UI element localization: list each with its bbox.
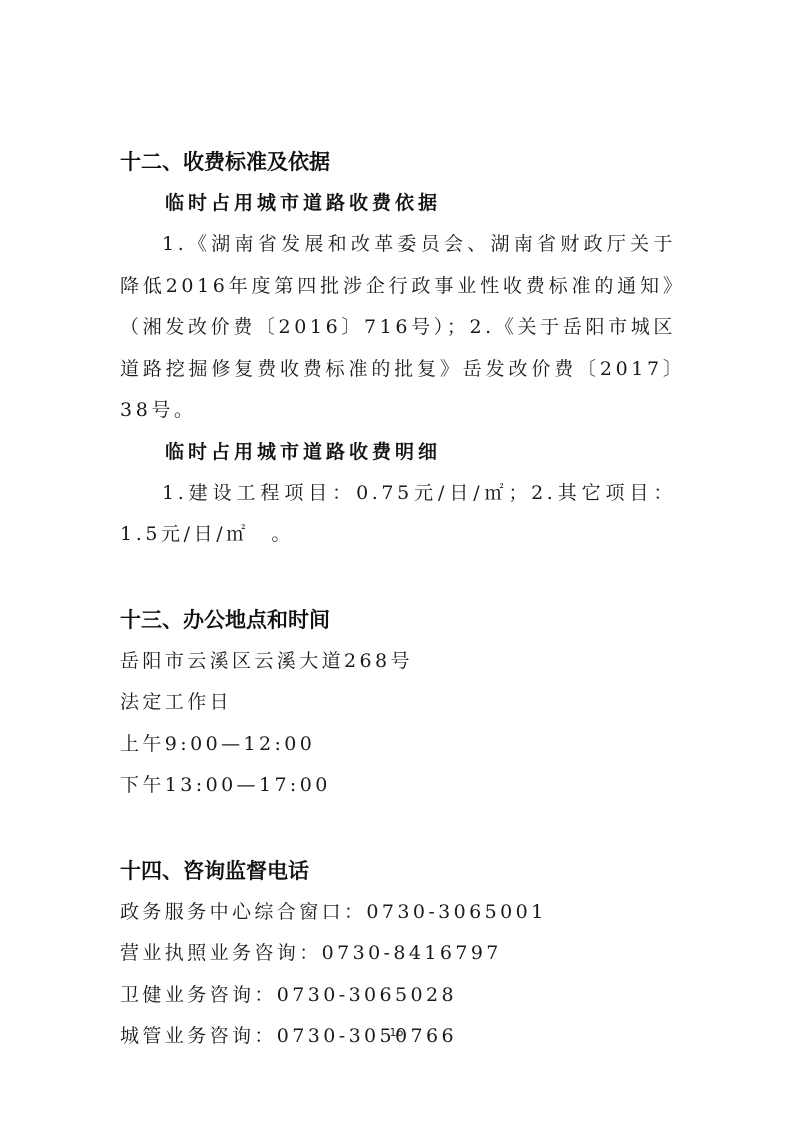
fee-detail-title: 临时占用城市道路收费明细: [120, 432, 676, 473]
page-number: 16: [0, 1026, 793, 1039]
section-heading-office: 十三、办公地点和时间: [120, 600, 676, 641]
section-office: 十三、办公地点和时间 岳阳市云溪区云溪大道268号 法定工作日 上午9:00—1…: [120, 600, 676, 807]
section-heading-fees: 十二、收费标准及依据: [120, 142, 676, 183]
contact-item: 卫健业务咨询：0730-3065028: [120, 975, 676, 1017]
office-hours-afternoon: 下午13:00—17:00: [120, 765, 676, 807]
fee-basis-text: 1.《湖南省发展和改革委员会、湖南省财政厅关于降低2016年度第四批涉企行政事业…: [120, 224, 676, 432]
fee-basis-title: 临时占用城市道路收费依据: [120, 183, 676, 224]
document-page: 十二、收费标准及依据 临时占用城市道路收费依据 1.《湖南省发展和改革委员会、湖…: [0, 0, 793, 1122]
section-spacer: [120, 556, 676, 600]
office-address: 岳阳市云溪区云溪大道268号: [120, 641, 676, 683]
contact-item: 政务服务中心综合窗口：0730-3065001: [120, 892, 676, 934]
contact-item: 营业执照业务咨询：0730-8416797: [120, 933, 676, 975]
page-content: 十二、收费标准及依据 临时占用城市道路收费依据 1.《湖南省发展和改革委员会、湖…: [120, 142, 676, 1058]
office-hours-morning: 上午9:00—12:00: [120, 724, 676, 766]
fee-detail-text: 1.建设工程项目：0.75元/日/㎡；2.其它项目：1.5元/日/㎡ 。: [120, 473, 676, 556]
section-heading-contacts: 十四、咨询监督电话: [120, 851, 676, 892]
section-fees: 十二、收费标准及依据 临时占用城市道路收费依据 1.《湖南省发展和改革委员会、湖…: [120, 142, 676, 556]
section-spacer: [120, 807, 676, 851]
office-workdays: 法定工作日: [120, 682, 676, 724]
